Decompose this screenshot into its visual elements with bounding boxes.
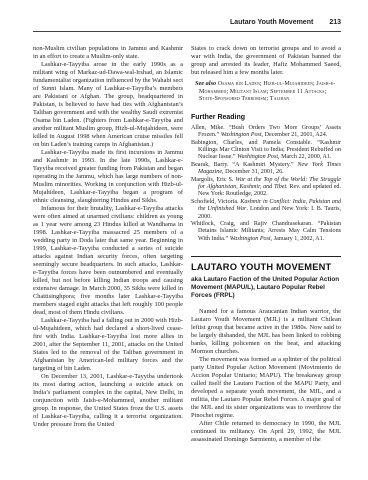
see-also-entries: Osama bin Laden; Hizb-ul-Mujahideen; Jai… <box>199 81 335 102</box>
page-number: 213 <box>329 19 341 26</box>
header-rule <box>33 31 341 32</box>
running-head: Lautaro Youth Movement 213 <box>33 19 341 26</box>
article-paragraph: After Chile returned to democracy in 199… <box>191 420 341 444</box>
bibliography-entry: Whitlock, Craig, and Rajiv Chandrasekara… <box>191 221 341 243</box>
bibliography-entry: Babington, Charles, and Pamela Constable… <box>191 140 341 162</box>
paragraph: Lashkar-e-Tayyiba arose in the early 199… <box>33 61 183 149</box>
see-also-label: See also <box>195 80 216 87</box>
article-aka: aka Lautaro Faction of the United Popula… <box>191 276 341 300</box>
article-paragraph: The movement was formed as a splinter of… <box>191 356 341 420</box>
bibliography-entry: Allen, Mike. “Bush Orders Two More Group… <box>191 125 341 140</box>
text-columns: non-Muslim civilian populations in Jammu… <box>33 45 341 444</box>
article-divider-rule <box>191 256 341 257</box>
bibliography-entry: Schofield, Victoria. Kashmir in Conflict… <box>191 199 341 221</box>
bibliography: Allen, Mike. “Bush Orders Two More Group… <box>191 125 341 244</box>
bibliography-entry: Margolis, Eric S. War at the Top of the … <box>191 177 341 199</box>
bibliography-entry: Bearak, Barry. “A Kashmiri Mystery.” New… <box>191 162 341 177</box>
paragraph: Lashkar-e-Tayyiba had a falling out in 2… <box>33 317 183 373</box>
paragraph: non-Muslim civilian populations in Jammu… <box>33 45 183 61</box>
book-page: Lautaro Youth Movement 213 non-Muslim ci… <box>0 0 368 480</box>
paragraph: Lashkar-e-Tayyiba made its first incursi… <box>33 149 183 205</box>
right-column: States to crack down on terrorist groups… <box>191 45 341 444</box>
left-column: non-Muslim civilian populations in Jammu… <box>33 45 183 444</box>
further-reading-heading: Further Reading <box>191 114 341 121</box>
article-paragraph: Named for a famous Araucanian Indian war… <box>191 308 341 356</box>
article-body: Named for a famous Araucanian Indian war… <box>191 308 341 444</box>
article-title: LAUTARO YOUTH MOVEMENT <box>191 262 341 272</box>
see-also: See also Osama bin Laden; Hizb-ul-Mujahi… <box>191 80 341 104</box>
running-head-title: Lautaro Youth Movement <box>230 19 313 26</box>
paragraph: On December 13, 2001, Lashkar-e-Tayyiba … <box>33 373 183 429</box>
continuation-paragraph: States to crack down on terrorist groups… <box>191 45 341 77</box>
paragraph: Infamous for their brutality, Lashkar-e-… <box>33 205 183 317</box>
